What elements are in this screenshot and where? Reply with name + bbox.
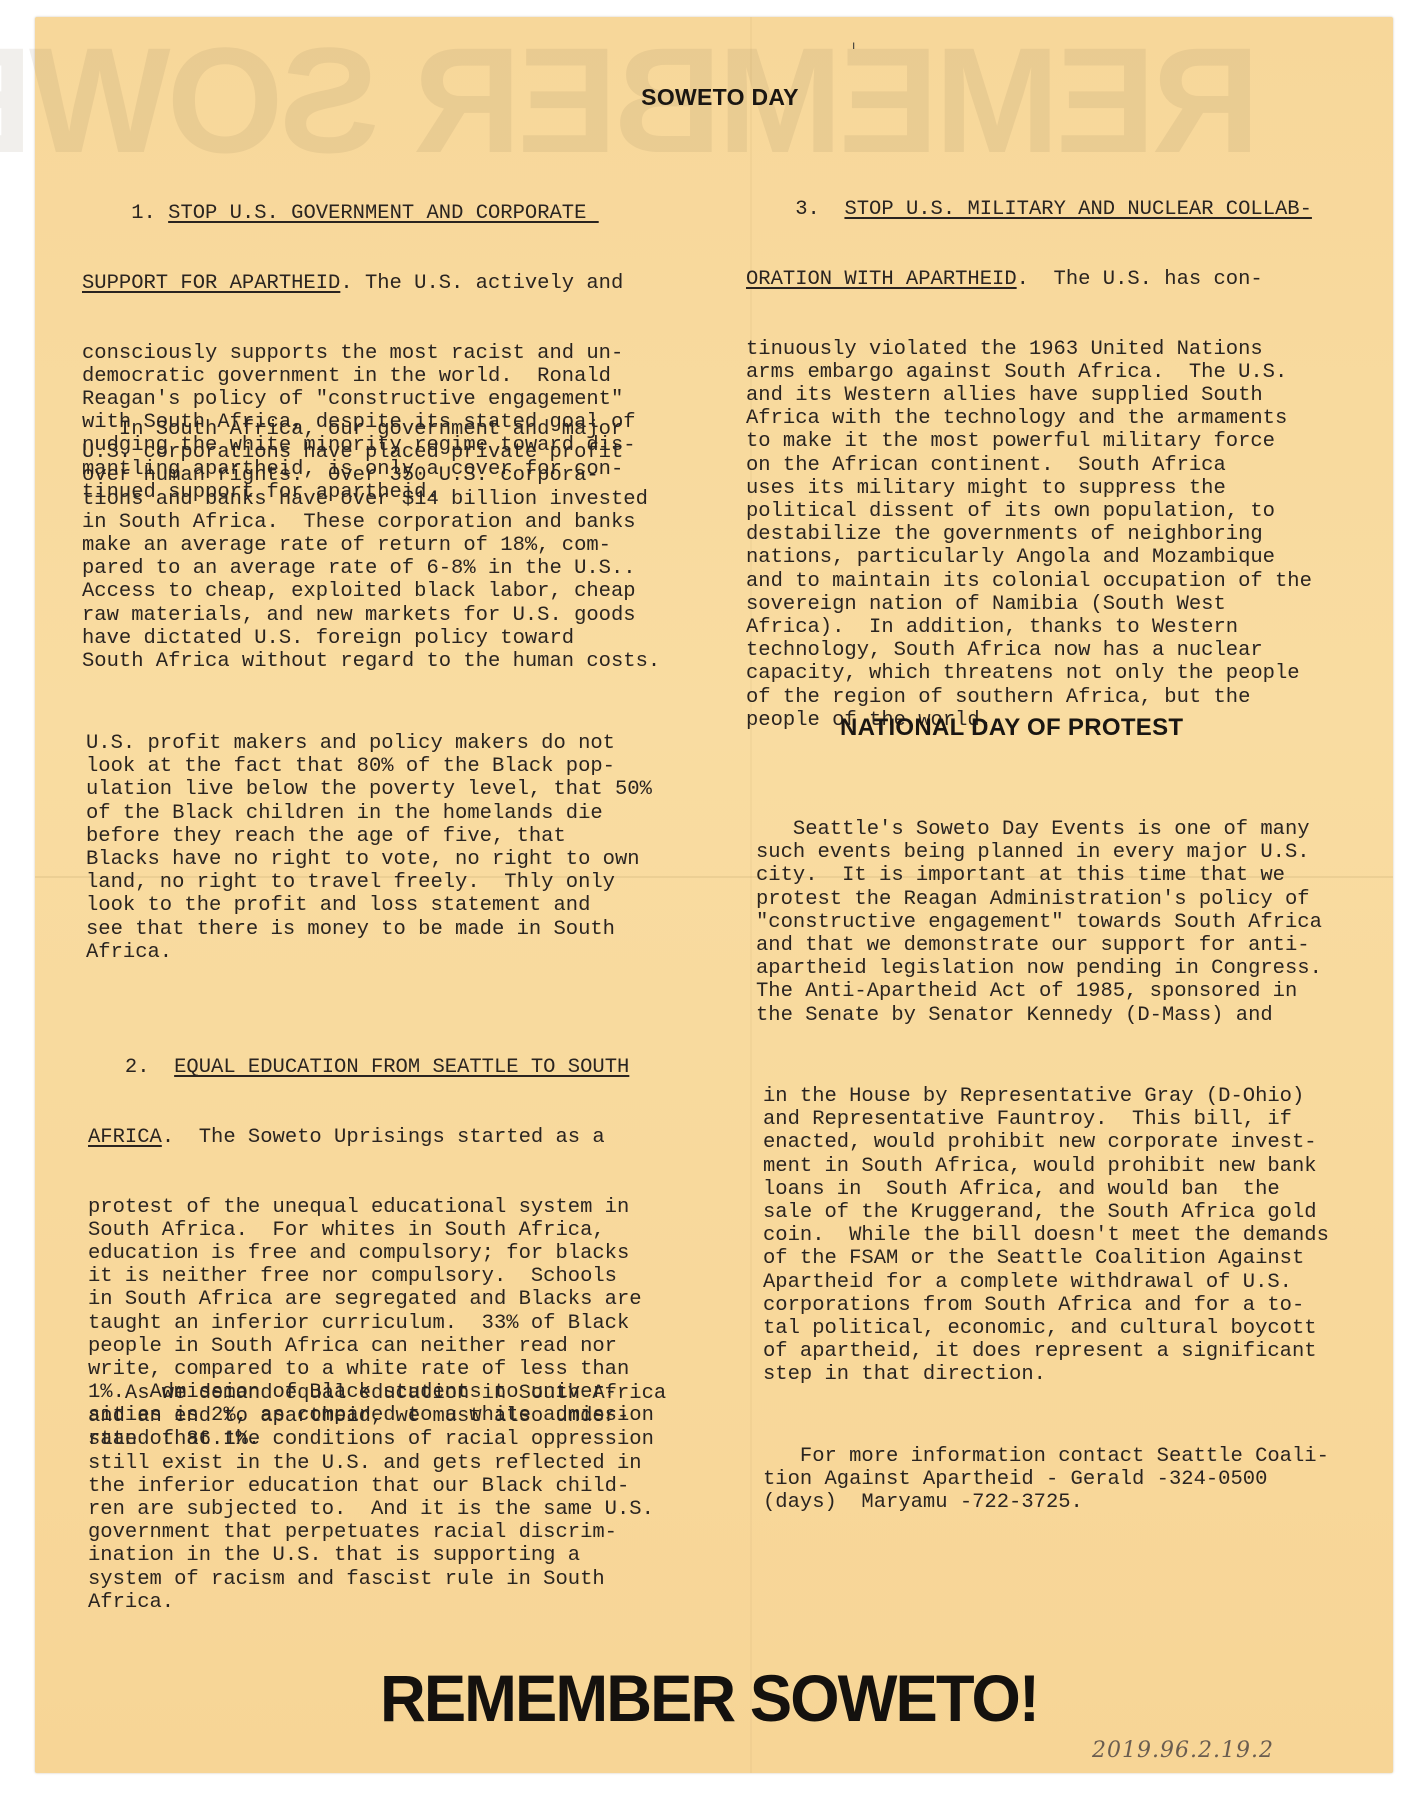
text-line: in South Africa are segregated and Black… [88,1288,654,1311]
text-line: uses its military might to suppress the [746,477,1312,500]
text-line: the inferior education that our Black ch… [88,1475,666,1498]
text-line: and its Western allies have supplied Sou… [746,384,1312,407]
text-line: education is free and compulsory; for bl… [88,1242,654,1265]
text-line: nations, particularly Angola and Mozambi… [746,546,1312,569]
text-line: Reagan's policy of "constructive engagem… [82,388,636,411]
section-2-body: AFRICA. The Soweto Uprisings started as … [88,1126,654,1149]
text-line: destabilize the governments of neighbori… [746,523,1312,546]
text-line: pared to an average rate of 6-8% in the … [82,557,660,580]
text-line: For more information contact Seattle Coa… [763,1445,1329,1468]
text-line: corporations from South Africa and for a… [763,1294,1329,1317]
page-mark: ı [852,38,855,52]
text-line: The Anti-Apartheid Act of 1985, sponsore… [756,980,1322,1003]
text-line: city. It is important at this time that … [756,864,1322,887]
national-day-of-protest-heading: NATIONAL DAY OF PROTEST [840,714,1260,742]
text-line: tinuously violated the 1963 United Natio… [746,338,1312,361]
text-line: Blacks have no right to vote, no right t… [86,848,652,871]
paragraph-profit-makers: U.S. profit makers and policy makers do … [86,732,652,964]
text-line: tions and banks have over $14 billion in… [82,488,660,511]
paragraph-us-corporations: In South Africa, our government and majo… [82,418,660,673]
text-line: coin. While the bill doesn't meet the de… [763,1224,1329,1247]
text-line: ment in South Africa, would prohibit new… [763,1155,1329,1178]
text-line: sovereign nation of Namibia (South West [746,593,1312,616]
text-line: step in that direction. [763,1363,1329,1386]
text-line: democratic government in the world. Rona… [82,365,636,388]
section-1-heading: 1. STOP U.S. GOVERNMENT AND CORPORATE [82,202,636,225]
text-line: Seattle's Soweto Day Events is one of ma… [756,818,1322,841]
section-2-heading: 2. EQUAL EDUCATION FROM SEATTLE TO SOUTH [88,1056,654,1079]
text-line: enacted, would prohibit new corporate in… [763,1131,1329,1154]
paragraph-anti-apartheid-act: in the House by Representative Gray (D-O… [763,1085,1329,1387]
text-line: tion Against Apartheid - Gerald -324-050… [763,1468,1329,1491]
text-line: taught an inferior curriculum. 33% of Bl… [88,1312,654,1335]
text-line: write, compared to a white rate of less … [88,1358,654,1381]
text-line: see that there is money to be made in So… [86,918,652,941]
text-line: look at the fact that 80% of the Black p… [86,755,652,778]
text-line: Apartheid for a complete withdrawal of U… [763,1271,1329,1294]
text-line: political dissent of its own population,… [746,500,1312,523]
text-line: protest of the unequal educational syste… [88,1196,654,1219]
text-line: As we demand equal education in South Af… [88,1382,666,1405]
contact-information: For more information contact Seattle Coa… [763,1445,1329,1515]
text-line: and Representative Fauntroy. This bill, … [763,1108,1329,1131]
text-line: before they reach the age of five, that [86,825,652,848]
text-line: it is neither free nor compulsory. Schoo… [88,1265,654,1288]
text-line: and an end to apartheid, we must also un… [88,1405,666,1428]
text-line: of apartheid, it does represent a signif… [763,1340,1329,1363]
text-line: in South Africa. These corporation and b… [82,511,660,534]
text-line: to make it the most powerful military fo… [746,430,1312,453]
section-1-body: SUPPORT FOR APARTHEID. The U.S. actively… [82,272,636,295]
text-line: make an average rate of return of 18%, c… [82,534,660,557]
text-line: government that perpetuates racial discr… [88,1521,666,1544]
text-line: on the African continent. South Africa [746,454,1312,477]
text-line: such events being planned in every major… [756,841,1322,864]
paragraph-equal-education: As we demand equal education in South Af… [88,1382,666,1614]
text-line: Africa with the technology and the armam… [746,407,1312,430]
text-line: ulation live below the poverty level, th… [86,778,652,801]
text-line: tal political, economic, and cultural bo… [763,1317,1329,1340]
section-3: 3. STOP U.S. MILITARY AND NUCLEAR COLLAB… [746,152,1312,755]
text-line: capacity, which threatens not only the p… [746,662,1312,685]
text-line: have dictated U.S. foreign policy toward [82,627,660,650]
text-line: Access to cheap, exploited black labor, … [82,580,660,603]
text-line: U.S. profit makers and policy makers do … [86,732,652,755]
text-line: Africa. [88,1591,666,1614]
text-line: South Africa without regard to the human… [82,650,660,673]
text-line: consciously supports the most racist and… [82,342,636,365]
text-line: in the House by Representative Gray (D-O… [763,1085,1329,1108]
remember-soweto-banner: REMEMBER SOWETO! [380,1660,1110,1736]
text-line: land, no right to travel freely. Thly on… [86,871,652,894]
section-3-body: ORATION WITH APARTHEID. The U.S. has con… [746,268,1312,291]
text-line: U.S. corporations have placed private pr… [82,441,660,464]
text-line: and to maintain its colonial occupation … [746,570,1312,593]
text-line: of the region of southern Africa, but th… [746,686,1312,709]
text-line: and that we demonstrate our support for … [756,934,1322,957]
text-line: apartheid legislation now pending in Con… [756,957,1322,980]
text-line: people in South Africa can neither read … [88,1335,654,1358]
text-line: over human rights. Over 350 U.S. corpora… [82,464,660,487]
text-line: In South Africa, our government and majo… [82,418,660,441]
text-line: (days) Maryamu -722-3725. [763,1491,1329,1514]
text-line: the Senate by Senator Kennedy (D-Mass) a… [756,1004,1322,1027]
text-line: of the Black children in the homelands d… [86,802,652,825]
text-line: ren are subjected to. And it is the same… [88,1498,666,1521]
text-line: system of racism and fascist rule in Sou… [88,1568,666,1591]
text-line: sale of the Kruggerand, the South Africa… [763,1201,1329,1224]
text-line: stand that the conditions of racial oppr… [88,1428,666,1451]
text-line: South Africa. For whites in South Africa… [88,1219,654,1242]
section-3-lines: tinuously violated the 1963 United Natio… [746,338,1312,732]
page-title: SOWETO DAY [560,84,880,111]
text-line: of the FSAM or the Seattle Coalition Aga… [763,1247,1329,1270]
paragraph-seattle-events: Seattle's Soweto Day Events is one of ma… [756,818,1322,1027]
text-line: Africa. [86,941,652,964]
text-line: "constructive engagement" towards South … [756,911,1322,934]
section-3-heading: 3. STOP U.S. MILITARY AND NUCLEAR COLLAB… [746,198,1312,221]
text-line: still exist in the U.S. and gets reflect… [88,1452,666,1475]
text-line: raw materials, and new markets for U.S. … [82,604,660,627]
text-line: look to the profit and loss statement an… [86,894,652,917]
text-line: ination in the U.S. that is supporting a [88,1544,666,1567]
text-line: loans in South Africa, and would ban the [763,1178,1329,1201]
handwritten-catalog-number: 2019.96.2.19.2 [1092,1738,1274,1763]
text-line: arms embargo against South Africa. The U… [746,361,1312,384]
text-line: protest the Reagan Administration's poli… [756,888,1322,911]
text-line: technology, South Africa now has a nucle… [746,639,1312,662]
text-line: Africa). In addition, thanks to Western [746,616,1312,639]
